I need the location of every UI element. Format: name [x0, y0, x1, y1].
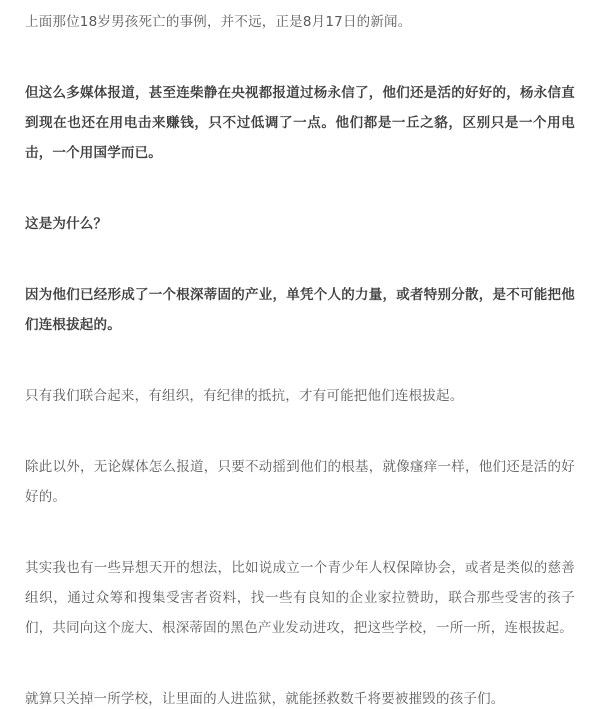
article-body: 上面那位18岁男孩死亡的事例，并不远，正是8月17日的新闻。 但这么多媒体报道，…: [0, 0, 600, 709]
paragraph-news-example: 上面那位18岁男孩死亡的事例，并不远，正是8月17日的新闻。: [25, 7, 575, 37]
paragraph-close-one-school: 就算只关掉一所学校，让里面的人进监狱，就能拯救数千将要被摧毁的孩子们。: [25, 684, 575, 709]
paragraph-unite-resist: 只有我们联合起来，有组织，有纪律的抵抗，才有可能把他们连根拔起。: [25, 381, 575, 411]
paragraph-media-reports: 但这么多媒体报道，甚至连柴静在央视都报道过杨永信了，他们还是活的好好的，杨永信直…: [25, 78, 575, 168]
paragraph-entrenched-industry: 因为他们已经形成了一个根深蒂固的产业，单凭个人的力量，或者特别分散，是不可能把他…: [25, 280, 575, 340]
article-page: 上面那位18岁男孩死亡的事例，并不远，正是8月17日的新闻。 但这么多媒体报道，…: [0, 0, 600, 709]
paragraph-wild-idea: 其实我也有一些异想天开的想法，比如说成立一个青少年人权保障协会，或者是类似的慈善…: [25, 553, 575, 643]
paragraph-why-question: 这是为什么？: [25, 209, 575, 239]
paragraph-media-itch: 除此以外，无论媒体怎么报道，只要不动摇到他们的根基，就像瘙痒一样，他们还是活的好…: [25, 452, 575, 512]
